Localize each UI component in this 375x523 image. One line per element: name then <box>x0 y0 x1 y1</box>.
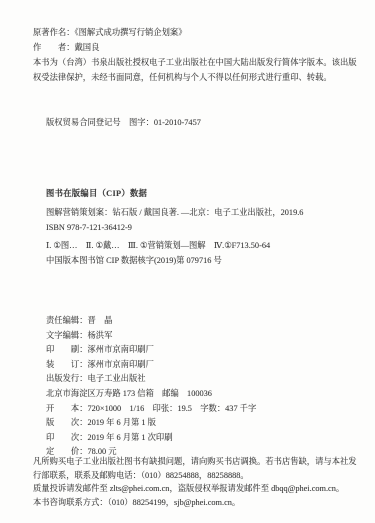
isbn-line: ISBN 978-7-121-36412-9 <box>33 220 357 235</box>
cip-heading: 图书在版编目（CIP）数据 <box>33 186 357 201</box>
original-title-line: 原著作名：《图解式成功撰写行销企划案》 <box>33 25 357 40</box>
cip-record-number-line: 中国版本图书馆 CIP 数据核字(2019)第 079716 号 <box>33 253 357 268</box>
edition-line: 版 次：2019 年 6 月第 1 版 <box>46 416 357 431</box>
cip-data-block: 图书在版编目（CIP）数据 图解营销策划案：钻石版 / 戴国良著. —北京：电子… <box>33 186 357 268</box>
editor-in-charge-line: 责任编辑：晋 晶 <box>46 314 357 329</box>
format-line: 开 本：720×1000 1/16 印张：19.5 字数：437 千字 <box>46 402 357 417</box>
publisher-line: 出版发行：电子工业出版社 <box>46 372 357 387</box>
cip-classification-line: Ⅰ. ①图… Ⅱ. ①戴… Ⅲ. ①营销策划—图解 Ⅳ.①F713.50-64 <box>33 238 357 253</box>
binder-line: 装 订：涿州市京南印刷厂 <box>46 358 357 373</box>
quality-complaint-line: 质量投诉请发邮件至 zlts@phei.com.cn，盗版侵权举报请发邮件至 d… <box>33 482 357 496</box>
consultation-contact-line: 本书咨询联系方式：（010）88254199，sjb@phei.com.cn。 <box>33 496 357 510</box>
front-matter-block: 原著作名：《图解式成功撰写行销企划案》 作 者：戴国良 本书为（台湾）书泉出版社… <box>33 25 357 85</box>
copyright-registration-line: 版权贸易合同登记号 图字：01-2010-7457 <box>46 115 201 130</box>
text-editor-line: 文字编辑：杨洪军 <box>46 329 357 344</box>
license-notice-line-1: 本书为（台湾）书泉出版社授权电子工业出版社在中国大陆出版发行简体字版本。该出版 <box>33 55 357 70</box>
author-line: 作 者：戴国良 <box>33 40 357 55</box>
service-notice-line-2: 行部联系，联系及邮购电话：（010）88254888，88258888。 <box>33 469 357 483</box>
printer-line: 印 刷：涿州市京南印刷厂 <box>46 343 357 358</box>
copyright-page: 原著作名：《图解式成功撰写行销企划案》 作 者：戴国良 本书为（台湾）书泉出版社… <box>0 0 375 523</box>
license-notice-line-2: 权受法律保护，未经书面同意，任何机构与个人不得以任何形式进行重印、转载。 <box>33 70 357 85</box>
impression-line: 印 次：2019 年 6 月第 1 次印刷 <box>46 431 357 446</box>
colophon-block: 责任编辑：晋 晶 文字编辑：杨洪军 印 刷：涿州市京南印刷厂 装 订：涿州市京南… <box>46 314 357 460</box>
publisher-address-line: 北京市海淀区万寿路 173 信箱 邮编 100036 <box>46 387 357 402</box>
service-notice-line-1: 凡所购买电子工业出版社图书有缺损问题，请向购买书店调换。若书店售缺，请与本社发 <box>33 455 357 469</box>
service-info-block: 凡所购买电子工业出版社图书有缺损问题，请向购买书店调换。若书店售缺，请与本社发 … <box>33 455 357 509</box>
cip-entry-line: 图解营销策划案：钻石版 / 戴国良著. —北京：电子工业出版社，2019.6 <box>33 205 357 220</box>
